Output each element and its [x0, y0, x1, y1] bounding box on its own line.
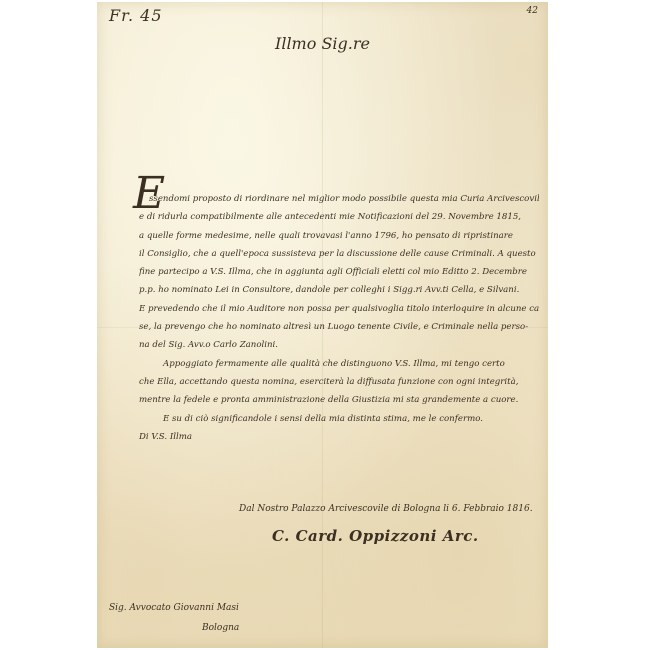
- body-line: Appoggiato fermamente alle qualità che d…: [139, 355, 539, 373]
- signature: C. Card. Oppizzoni Arc.: [272, 527, 479, 545]
- page-number: 42: [527, 6, 538, 16]
- address-city: Bologna: [202, 623, 239, 633]
- body-line: se, la prevengo che ho nominato altresì …: [139, 318, 539, 336]
- body-line: E prevedendo che il mio Auditore non pos…: [139, 300, 539, 318]
- body-line: a quelle forme medesime, nelle quali tro…: [139, 227, 539, 245]
- address-recipient: Sig. Avvocato Giovanni Masi: [109, 603, 239, 613]
- body-line: il Consiglio, che a quell'epoca sussiste…: [139, 245, 539, 263]
- closing-place-date: Dal Nostro Palazzo Arcivescovile di Bolo…: [239, 504, 533, 514]
- letter-body: ssendomi proposto di riordinare nel migl…: [139, 190, 539, 446]
- body-line: fine partecipo a V.S. Illma, che in aggi…: [139, 263, 539, 281]
- body-line: mentre la fedele e pronta amministrazion…: [139, 391, 539, 409]
- letter-paper: Fr. 45 42 Illmo Sig.re E ssendomi propos…: [97, 2, 548, 648]
- body-line: che Ella, accettando questa nomina, eser…: [139, 373, 539, 391]
- body-line: E su di ciò significandole i sensi della…: [139, 410, 539, 428]
- body-line: p.p. ho nominato Lei in Consultore, dand…: [139, 281, 539, 299]
- archive-reference-number: Fr. 45: [109, 6, 163, 25]
- salutation: Illmo Sig.re: [275, 34, 370, 53]
- body-line: e di ridurla compatibilmente alle antece…: [139, 208, 539, 226]
- body-line: na del Sig. Avv.o Carlo Zanolini.: [139, 336, 539, 354]
- body-line: ssendomi proposto di riordinare nel migl…: [139, 190, 539, 208]
- image-stage: Fr. 45 42 Illmo Sig.re E ssendomi propos…: [0, 0, 650, 650]
- valediction: Di V.S. Illma: [139, 428, 539, 446]
